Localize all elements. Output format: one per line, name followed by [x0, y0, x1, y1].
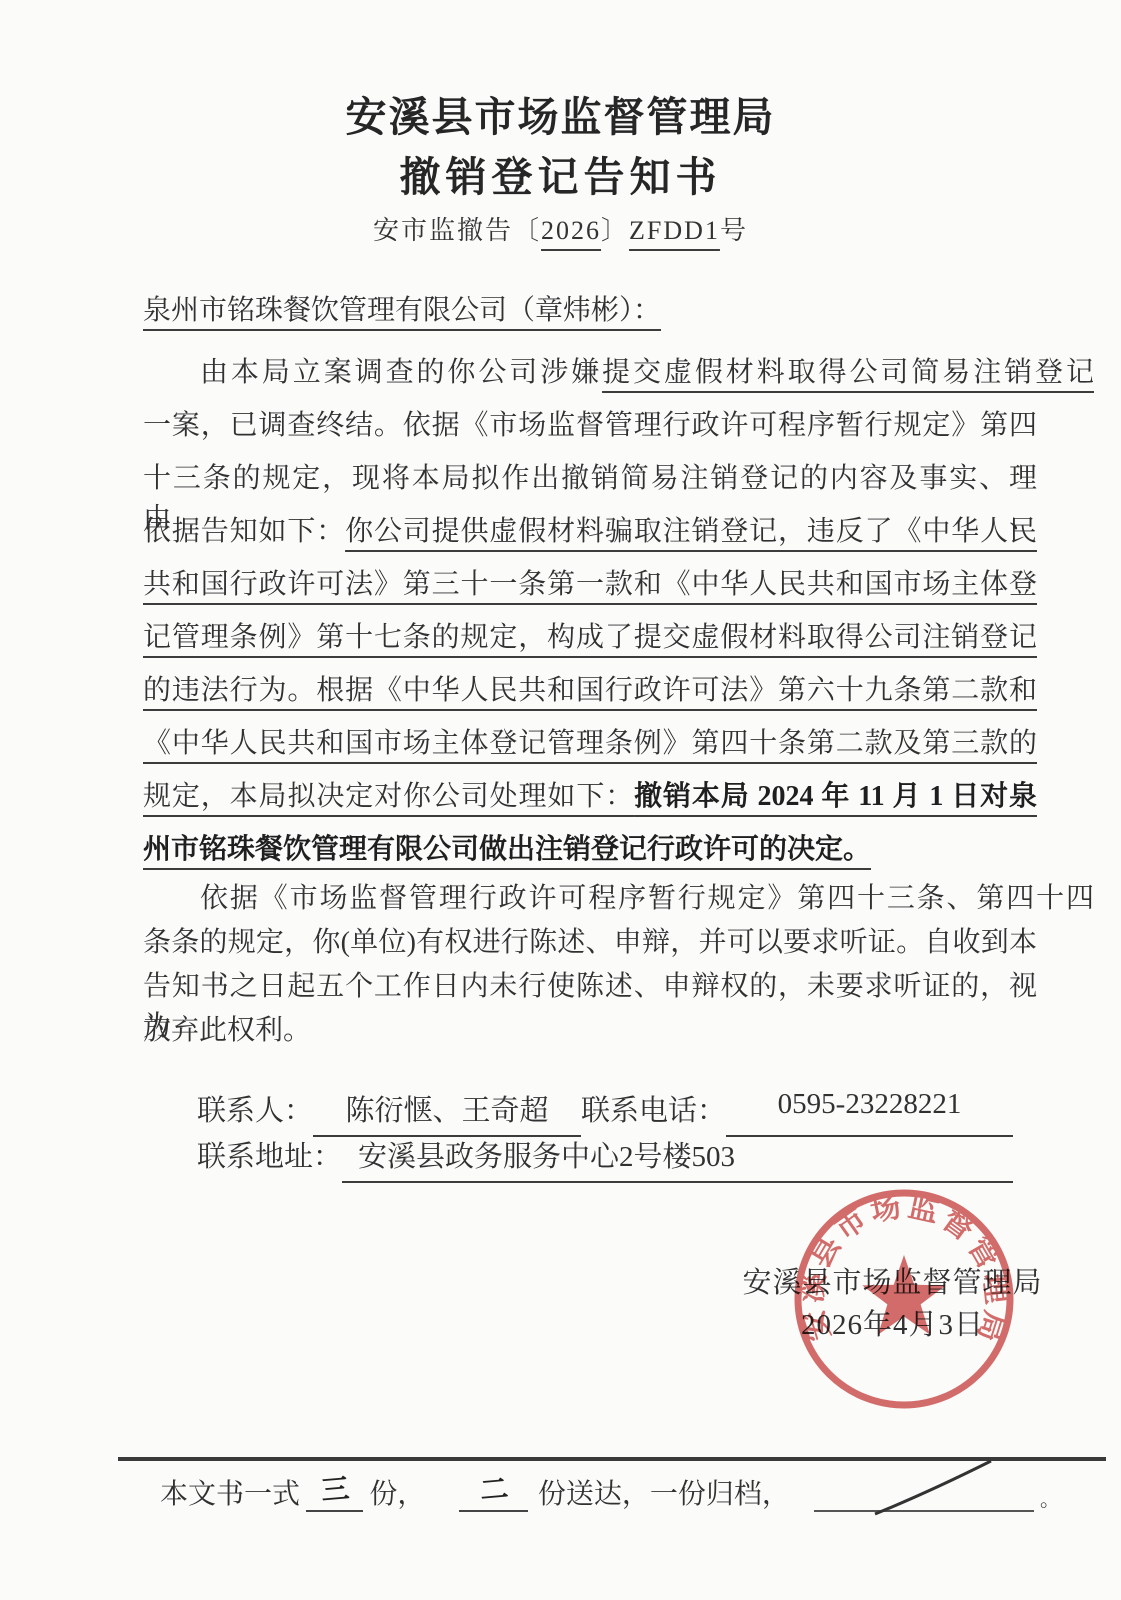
- body-line: 《中华人民共和国市场主体登记管理条例》第四十条第二款及第三款的: [143, 721, 1037, 761]
- scanned-document-page: { "page": { "background": "#fbfbfa", "in…: [0, 0, 1121, 1600]
- body-line: 的违法行为。根据《中华人民共和国行政许可法》第六十九条第二款和: [143, 668, 1037, 708]
- body-text-underlined: 提交虚假材料取得公司简易注销登记: [602, 357, 1094, 388]
- contact-phone-label: 联系电话：: [581, 1088, 726, 1137]
- seal-star-icon: [862, 1255, 946, 1335]
- body-line: 依据《市场监督管理行政许可程序暂行规定》第四十三条、第四十四: [143, 876, 1094, 916]
- body-text-underlined: 你公司提供虚假材料骗取注销登记，违反了《中华人民: [345, 516, 1037, 547]
- body-line: 记管理条例》第十七条的规定，构成了提交虚假材料取得公司注销登记: [143, 615, 1037, 655]
- document-title-line2: 撤销登记告知书: [0, 144, 1121, 203]
- footer-signature-blank: [814, 1476, 1034, 1512]
- body-line: 依据告知如下：你公司提供虚假材料骗取注销登记，违反了《中华人民: [143, 509, 1037, 549]
- body-text-underlined: 记管理条例》第十七条的规定，构成了提交虚假材料取得公司注销登记: [143, 622, 1037, 653]
- handwritten-copies-delivered: 二: [478, 1467, 509, 1509]
- footer-text-3: 份送达，一份归档，: [538, 1472, 790, 1512]
- copies-delivered-blank: 二: [459, 1468, 527, 1512]
- body-text-underlined: 规定，本局拟决定对你公司处理如下：: [143, 781, 634, 812]
- contact-address-value: 安溪县政务服务中心2号楼503: [342, 1134, 1013, 1183]
- body-text-underlined: 的违法行为。根据《中华人民共和国行政许可法》第六十九条第二款和: [143, 675, 1037, 706]
- footer-period: 。: [1040, 1483, 1060, 1512]
- body-text: 依据《市场监督管理行政许可程序暂行规定》第四十三条、第四十四: [200, 883, 1094, 914]
- body-line: 一案，已调查终结。依据《市场监督管理行政许可程序暂行规定》第四: [143, 403, 1037, 443]
- body-text: 依据告知如下：: [143, 516, 345, 547]
- official-seal-graphic: 安溪县市场监督管理局: [789, 1184, 1019, 1414]
- body-text-bold-underlined: 州市铭珠餐饮管理有限公司做出注销登记行政许可的决定。: [143, 834, 871, 865]
- contact-person-label: 联系人：: [197, 1088, 313, 1137]
- body-line: 条条的规定，你(单位)有权进行陈述、申辩，并可以要求听证。自收到本: [143, 920, 1037, 960]
- body-line: 由本局立案调查的你公司涉嫌提交虚假材料取得公司简易注销登记: [143, 350, 1094, 390]
- body-line: 规定，本局拟决定对你公司处理如下：撤销本局 2024 年 11 月 1 日对泉: [143, 774, 1037, 814]
- body-line: 放弃此权利。: [143, 1008, 1037, 1048]
- body-text-underlined: 《中华人民共和国市场主体登记管理条例》第四十条第二款及第三款的: [143, 728, 1037, 759]
- handwritten-copies-total: 三: [319, 1467, 350, 1509]
- body-text-bold-underlined: 撤销本局 2024 年 11 月 1 日对泉: [634, 781, 1037, 812]
- doc-number-year: 2026: [541, 216, 601, 245]
- body-text: 由本局立案调查的你公司涉嫌: [200, 357, 602, 388]
- doc-number-prefix: 安市监撤告〔: [373, 216, 541, 245]
- doc-number-bracket: 〕: [601, 216, 629, 245]
- footer-note: 本文书一式 三 份， 二 份送达，一份归档， 。: [160, 1468, 1060, 1512]
- contact-address-label: 联系地址：: [197, 1134, 342, 1183]
- contact-row-2: 联系地址： 安溪县政务服务中心2号楼503: [197, 1134, 1013, 1183]
- body-line: 州市铭珠餐饮管理有限公司做出注销登记行政许可的决定。: [143, 827, 1037, 867]
- body-line: 共和国行政许可法》第三十一条第一款和《中华人民共和国市场主体登: [143, 562, 1037, 602]
- addressee-name: 泉州市铭珠餐饮管理有限公司（章炜彬）：: [143, 295, 661, 326]
- handwritten-slash-icon: [869, 1458, 999, 1518]
- addressee-line: 泉州市铭珠餐饮管理有限公司（章炜彬）：: [143, 288, 1037, 328]
- footer-text-1: 本文书一式: [160, 1472, 300, 1512]
- footer-text-2: 份，: [369, 1472, 425, 1512]
- contact-row-1: 联系人： 陈衍惬、王奇超 联系电话： 0595-23228221: [197, 1088, 1013, 1137]
- copies-total-blank: 三: [306, 1468, 363, 1512]
- contact-person-value: 陈衍惬、王奇超: [313, 1088, 581, 1137]
- body-text: 条条的规定，你(单位)有权进行陈述、申辩，并可以要求听证。自收到本: [143, 927, 1037, 958]
- doc-number-code: ZFDD1: [629, 216, 720, 245]
- official-seal: 安溪县市场监督管理局: [789, 1184, 1019, 1414]
- contact-phone-value: 0595-23228221: [726, 1088, 1013, 1137]
- doc-number-suffix: 号: [720, 216, 748, 245]
- document-title-line1: 安溪县市场监督管理局: [0, 84, 1121, 143]
- body-text: 一案，已调查终结。依据《市场监督管理行政许可程序暂行规定》第四: [143, 410, 1037, 441]
- body-text: 放弃此权利。: [143, 1015, 311, 1046]
- body-text-underlined: 共和国行政许可法》第三十一条第一款和《中华人民共和国市场主体登: [143, 569, 1037, 600]
- doc-number: 安市监撤告〔2026〕ZFDD1号: [0, 210, 1121, 247]
